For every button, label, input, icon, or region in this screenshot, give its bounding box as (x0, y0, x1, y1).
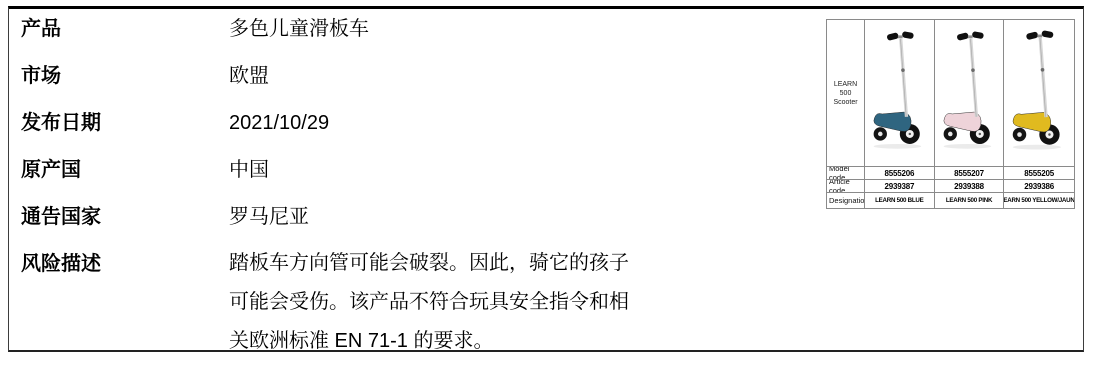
scooter-photo-yellow (1004, 20, 1074, 167)
label-risk-description: 风险描述 (21, 251, 229, 277)
risk-line-2: 可能会受伤。该产品不符合玩具安全指令和相 (229, 283, 629, 322)
value-notifying-country: 罗马尼亚 (229, 204, 309, 230)
label-product: 产品 (21, 16, 229, 42)
label-market: 市场 (21, 63, 229, 89)
label-country-of-origin: 原产国 (21, 157, 229, 183)
designation-yellow: LEARN 500 YELLOW/JAUNE (1004, 193, 1074, 208)
figure-group-label: LEARN 500 Scooter (827, 20, 865, 167)
value-product: 多色儿童滑板车 (229, 16, 369, 42)
risk-description-text: 踏板车方向管可能会破裂。因此，骑它的孩子 可能会受伤。该产品不符合玩具安全指令和… (229, 244, 629, 361)
scooter-photo-pink (935, 20, 1005, 167)
scooter-pink-illustration (936, 21, 1003, 165)
row-header-article-code: Article code (827, 180, 865, 193)
scooter-yellow-illustration (1005, 21, 1073, 165)
article-code-blue: 2939387 (865, 180, 935, 193)
recall-notice-sheet: 产品 多色儿童滑板车 市场 欧盟 发布日期 2021/10/29 原产国 中国 … (8, 6, 1084, 352)
value-country-of-origin: 中国 (229, 157, 269, 183)
risk-line-3: 关欧洲标准 EN 71-1 的要求。 (229, 322, 629, 361)
row-risk-description: 风险描述 踏板车方向管可能会破裂。因此，骑它的孩子 可能会受伤。该产品不符合玩具… (21, 251, 1083, 361)
designation-pink: LEARN 500 PINK (935, 193, 1005, 208)
article-code-pink: 2939388 (935, 180, 1005, 193)
row-header-model-code: Model code (827, 167, 865, 180)
row-header-designation: Designation (827, 193, 865, 208)
label-notifying-country: 通告国家 (21, 204, 229, 230)
model-code-yellow: 8555205 (1004, 167, 1074, 180)
label-release-date: 发布日期 (21, 110, 229, 136)
scooter-blue-illustration (866, 21, 933, 165)
model-code-pink: 8555207 (935, 167, 1005, 180)
designation-blue: LEARN 500 BLUE (865, 193, 935, 208)
scooter-photo-blue (865, 20, 935, 167)
value-release-date: 2021/10/29 (229, 110, 329, 136)
article-code-yellow: 2939386 (1004, 180, 1074, 193)
model-code-blue: 8555206 (865, 167, 935, 180)
value-market: 欧盟 (229, 63, 269, 89)
risk-line-1: 踏板车方向管可能会破裂。因此，骑它的孩子 (229, 244, 629, 283)
product-figure-table: LEARN 500 Scooter (826, 19, 1075, 209)
